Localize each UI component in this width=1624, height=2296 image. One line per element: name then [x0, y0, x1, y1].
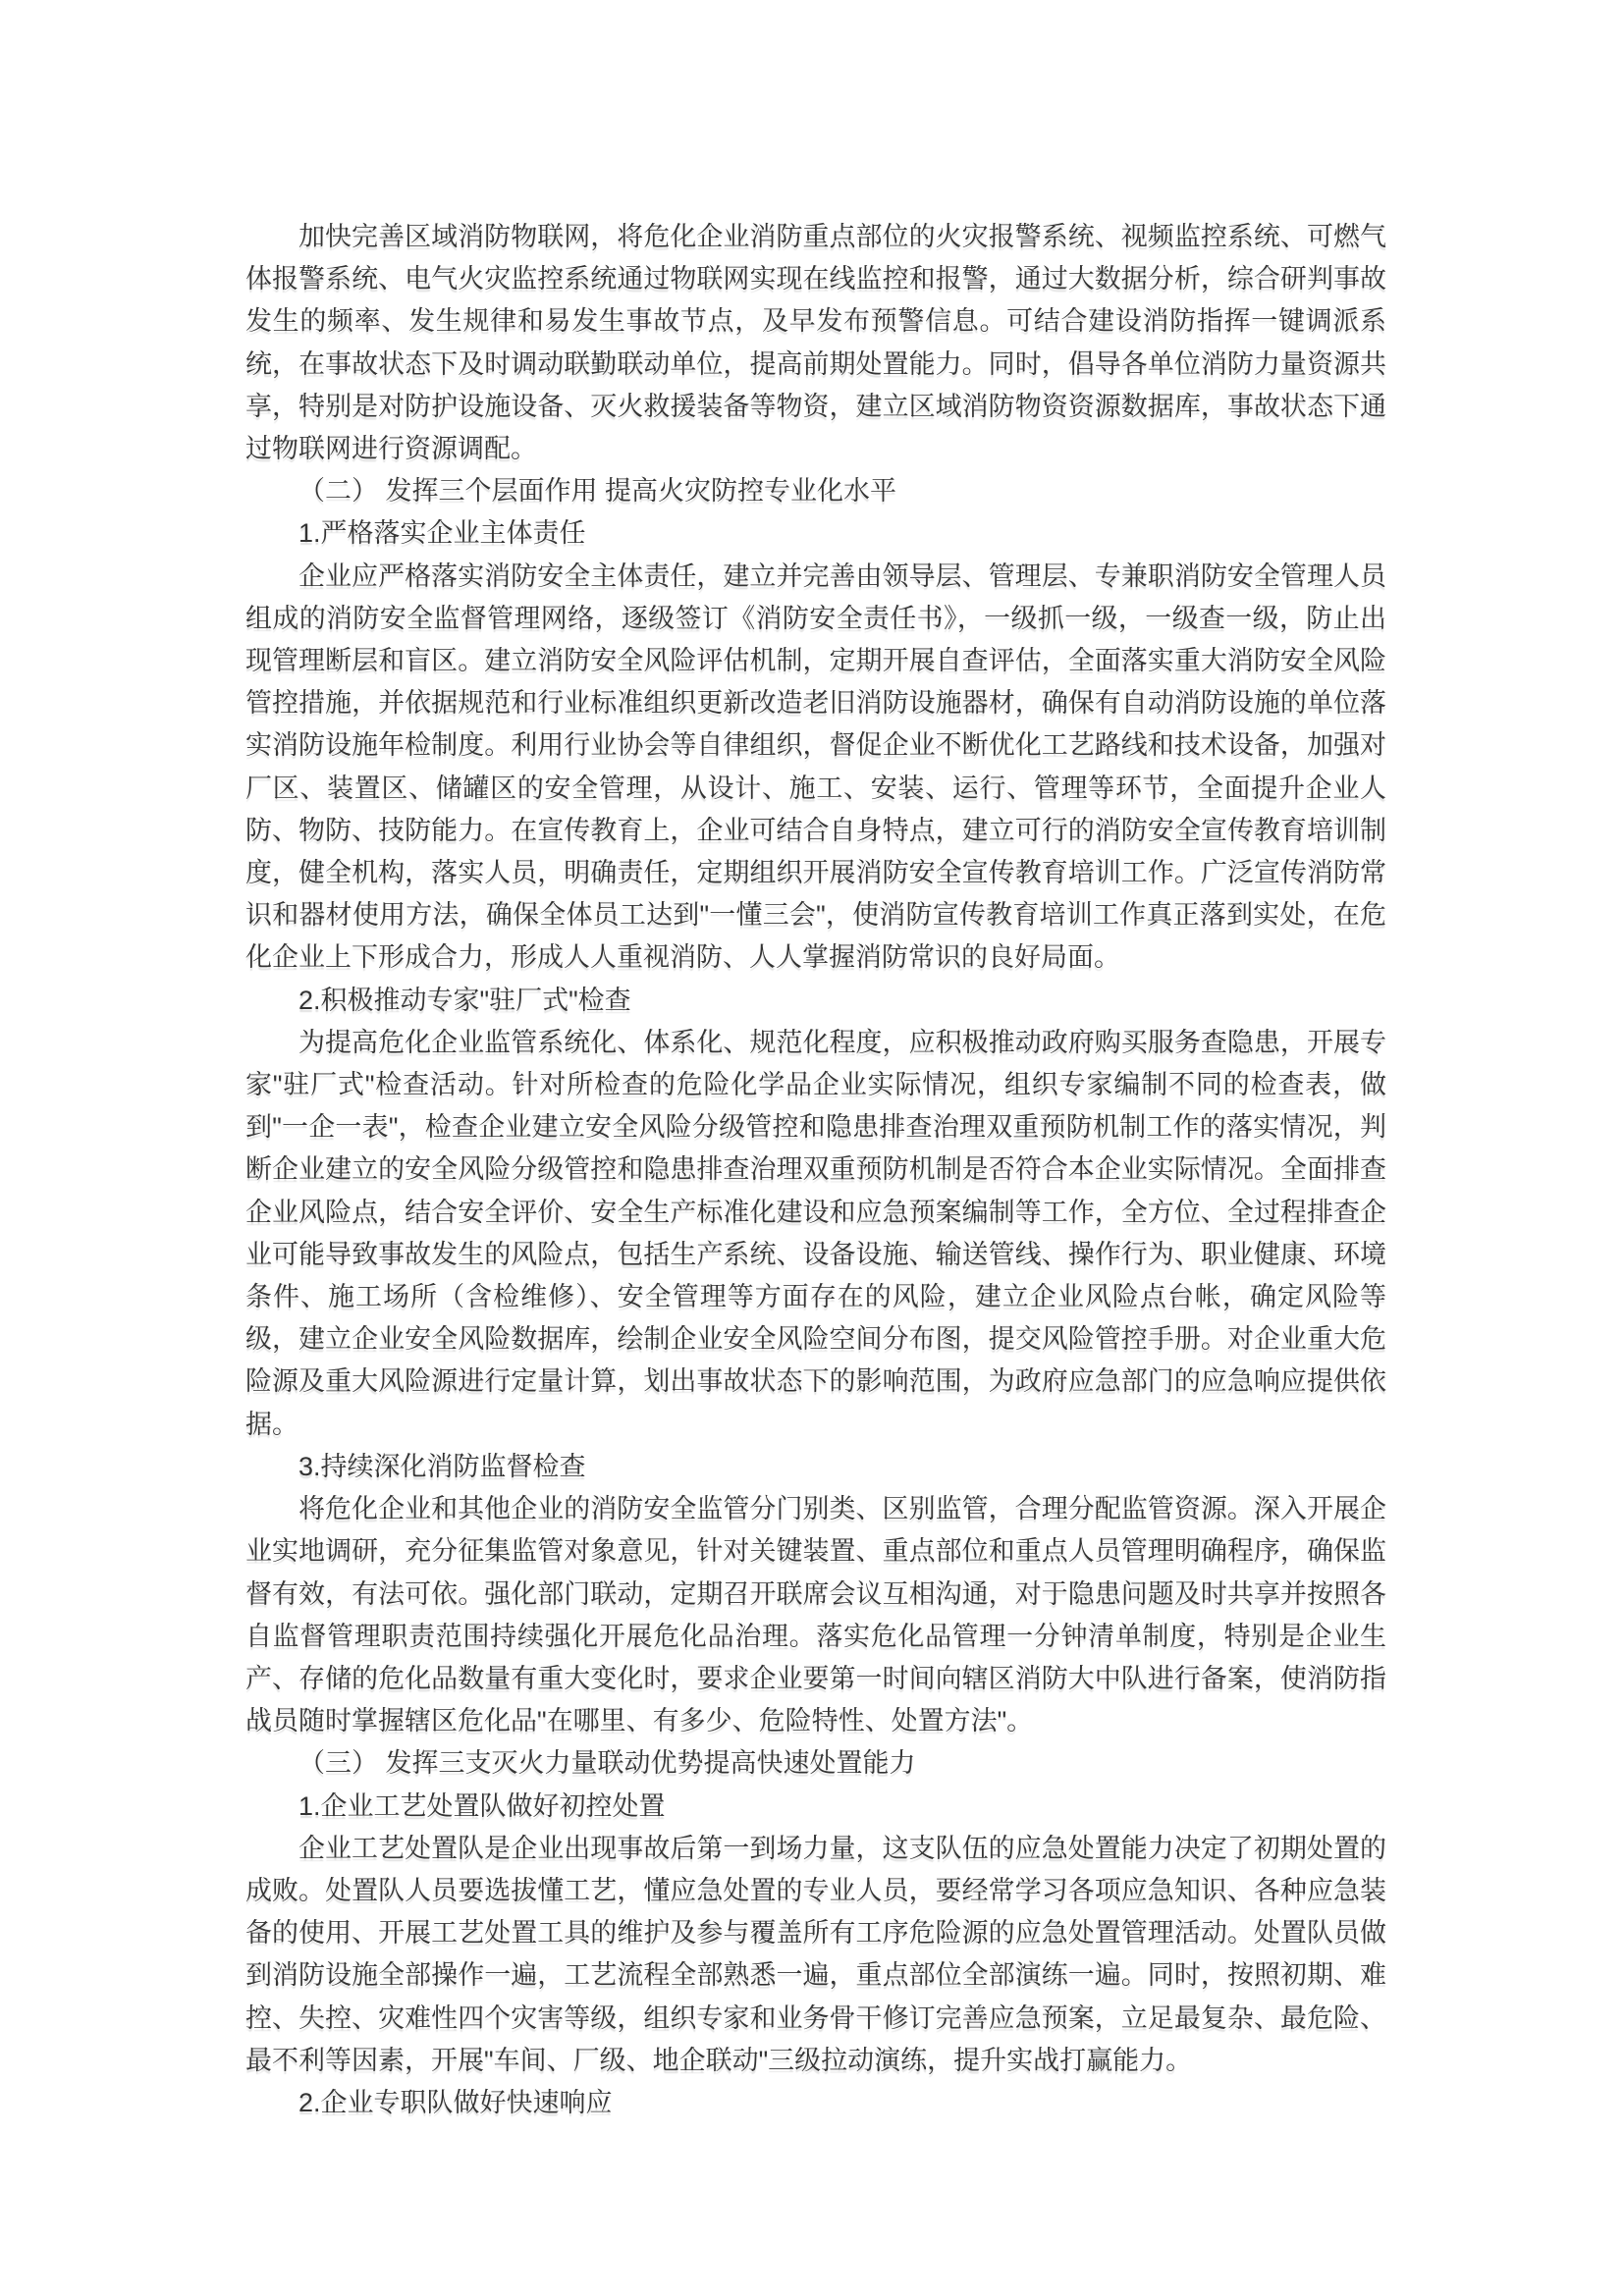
body-paragraph: 为提高危化企业监管系统化、体系化、规范化程度，应积极推动政府购买服务查隐患，开展… [245, 1022, 1386, 1446]
section-heading: （三） 发挥三支灭火力量联动优势提高快速处置能力 [245, 1742, 1386, 1785]
document-content: 加快完善区域消防物联网，将危化企业消防重点部位的火灾报警系统、视频监控系统、可燃… [245, 216, 1386, 2124]
section-heading: （二） 发挥三个层面作用 提高火灾防控专业化水平 [245, 470, 1386, 512]
sub-heading: 3.持续深化消防监督检查 [245, 1446, 1386, 1488]
body-paragraph: 将危化企业和其他企业的消防安全监管分门别类、区别监管，合理分配监管资源。深入开展… [245, 1488, 1386, 1742]
sub-heading: 2.积极推动专家"驻厂式"检查 [245, 980, 1386, 1022]
body-paragraph: 企业应严格落实消防安全主体责任，建立并完善由领导层、管理层、专兼职消防安全管理人… [245, 556, 1386, 980]
body-paragraph: 加快完善区域消防物联网，将危化企业消防重点部位的火灾报警系统、视频监控系统、可燃… [245, 216, 1386, 470]
sub-heading: 1.企业工艺处置队做好初控处置 [245, 1786, 1386, 1828]
body-paragraph: 企业工艺处置队是企业出现事故后第一到场力量，这支队伍的应急处置能力决定了初期处置… [245, 1828, 1386, 2082]
sub-heading: 1.严格落实企业主体责任 [245, 512, 1386, 555]
document-page: 加快完善区域消防物联网，将危化企业消防重点部位的火灾报警系统、视频监控系统、可燃… [0, 0, 1624, 2296]
sub-heading: 2.企业专职队做好快速响应 [245, 2082, 1386, 2124]
